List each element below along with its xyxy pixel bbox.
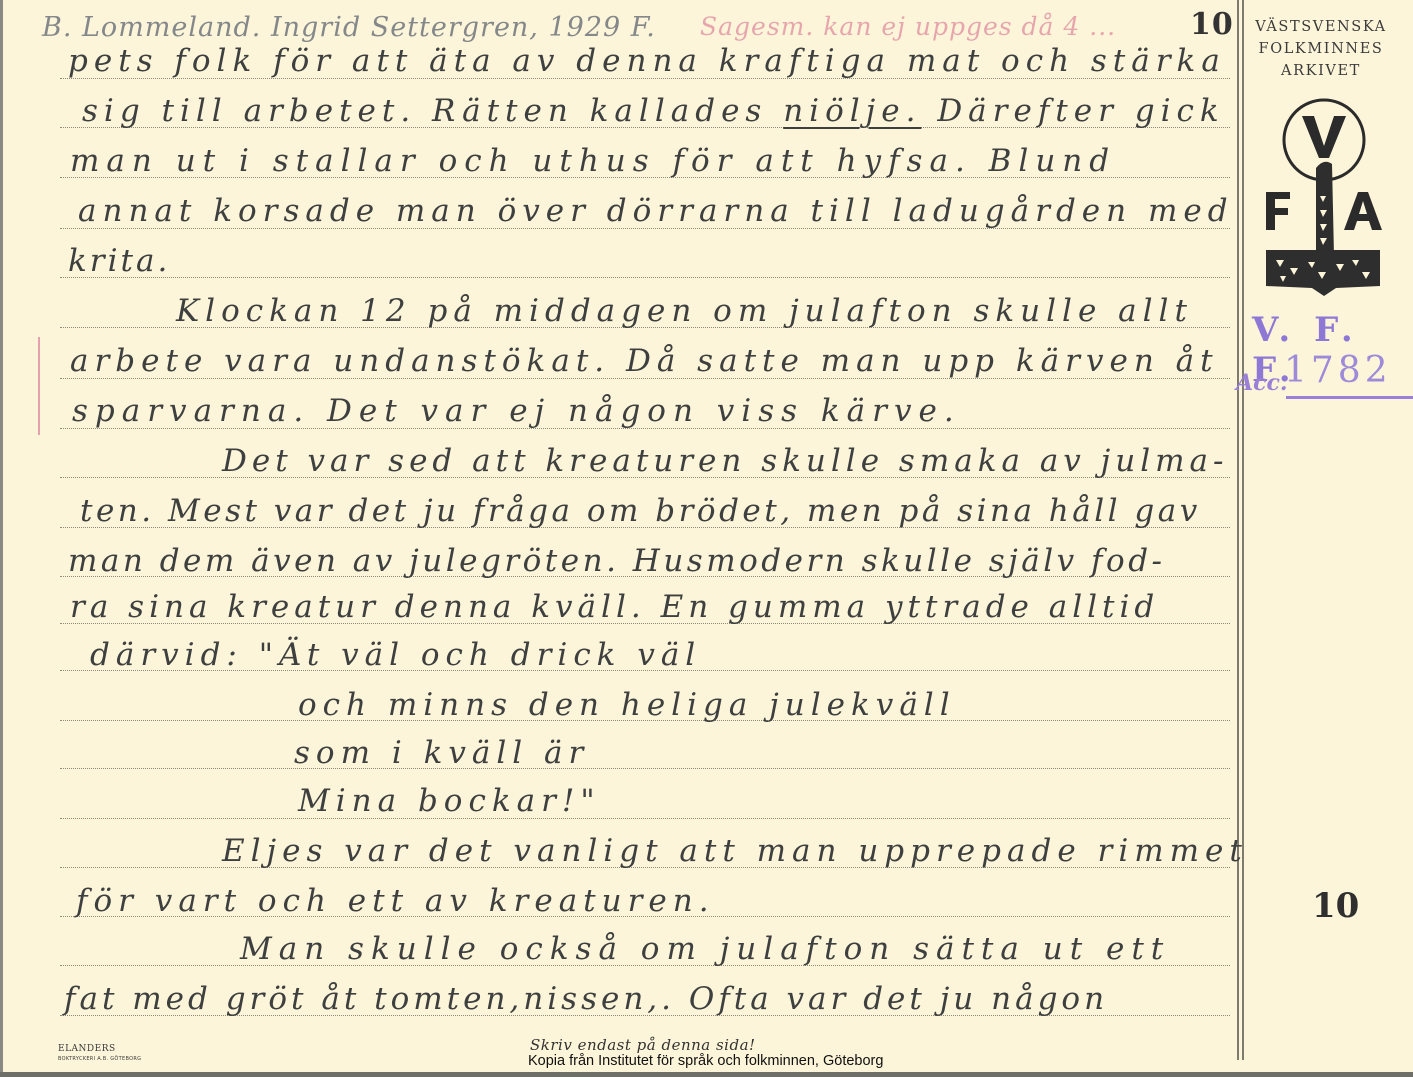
archive-title-line: FOLKMINNES [1246, 38, 1396, 60]
scan-edge-left [0, 0, 3, 1077]
text-line: pets folk för att äta av denna kraftiga … [68, 46, 1226, 77]
ruled-line [60, 277, 1230, 278]
text-line: sparvarna. Det var ej någon viss kärve. [72, 396, 961, 427]
pink-margin-mark [38, 337, 40, 435]
ruled-line [60, 818, 1230, 819]
text-line: man dem även av julegröten. Husmodern sk… [68, 546, 1166, 577]
text-line: arbete vara undanstökat. Då satte man up… [70, 346, 1219, 377]
text-line: Man skulle också om julafton sätta ut et… [240, 934, 1170, 965]
text-line: därvid: "Ät väl och drick väl [90, 640, 701, 671]
stamp-underline [1286, 396, 1413, 399]
text-line: ra sina kreatur denna kväll. En gumma yt… [70, 592, 1159, 623]
accession-prefix: Acc. [1236, 370, 1288, 396]
thors-hammer-logo-icon [1258, 96, 1388, 296]
manuscript-page: B. Lommeland. Ingrid Settergren, 1929 F.… [0, 0, 1413, 1077]
text-line: krita. [68, 246, 170, 277]
text-line: och minns den heliga julekväll [298, 690, 956, 721]
text-line: för vart och ett av kreaturen. [76, 886, 715, 917]
pencil-header-annotation: B. Lommeland. Ingrid Settergren, 1929 F. [42, 14, 656, 41]
margin-line [1242, 0, 1244, 1060]
archive-title: VÄSTSVENSKA FOLKMINNES ARKIVET [1246, 16, 1396, 82]
accession-number: 1782 [1284, 350, 1392, 391]
accession-stamp: V. F. F. 1782 Acc. [1236, 310, 1413, 410]
archive-title-line: VÄSTSVENSKA [1246, 16, 1396, 38]
printed-page-number: 10 [1312, 886, 1359, 926]
text-line: Eljes var det vanligt att man upprepade … [222, 836, 1248, 867]
text-line: Det var sed att kreaturen skulle smaka a… [222, 446, 1229, 477]
copy-notice: Kopia från Institutet för språk och folk… [528, 1053, 883, 1069]
text-line: fat med gröt åt tomten,nissen,. Ofta var… [64, 984, 1108, 1015]
text-line: Klockan 12 på middagen om julafton skull… [176, 296, 1193, 327]
printer-mark-sub: BOKTRYCKERI A.B. GÖTEBORG [58, 1056, 141, 1062]
form-instruction: Skriv endast på denna sida! [530, 1036, 756, 1054]
text-line: Mina bockar!" [298, 786, 601, 817]
text-line-start: sig till arbetet. Rätten kallades [82, 93, 767, 129]
text-line: man ut i stallar och uthus för att hyfsa… [70, 146, 1116, 177]
handwritten-page-number: 10 [1190, 10, 1234, 40]
underlined-term: niölje. [783, 93, 921, 129]
text-line: annat korsade man över dörrarna till lad… [78, 196, 1234, 227]
text-line: som i kväll är [294, 738, 589, 769]
archive-title-line: ARKIVET [1246, 60, 1396, 82]
ruled-line [60, 768, 1230, 769]
pink-annotation: Sagesm. kan ej uppges då 4 ... [700, 14, 1116, 39]
text-line: sig till arbetet. Rätten kallades niölje… [82, 96, 1225, 127]
printer-mark: ELANDERS [58, 1044, 116, 1054]
margin-line [1237, 0, 1239, 1060]
scan-edge-bottom [0, 1072, 1413, 1077]
text-line: ten. Mest var det ju fråga om brödet, me… [80, 496, 1201, 527]
text-line-tail: Därefter gick [937, 93, 1224, 129]
